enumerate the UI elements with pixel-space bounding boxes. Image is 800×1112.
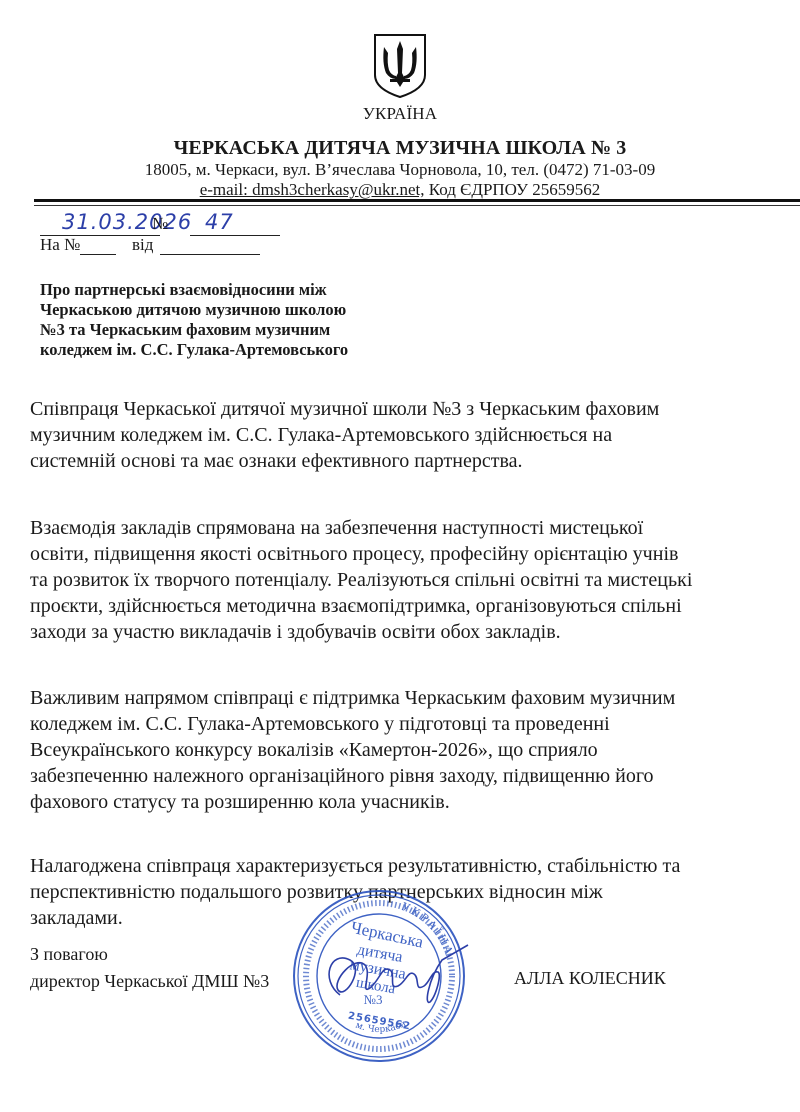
edrpou-code: Код ЄДРПОУ 25659562: [424, 180, 600, 199]
school-address: 18005, м. Черкаси, вул. В’ячеслава Чорно…: [0, 160, 800, 180]
text-line: Важливим напрямом співпраці є підтримка …: [30, 685, 770, 711]
number-label: №: [152, 214, 168, 234]
body-paragraph-2: Взаємодія закладів спрямована на забезпе…: [30, 515, 770, 645]
text-line: фахового статусу та розширенню кола учас…: [30, 789, 770, 815]
header-divider-thin: [34, 205, 800, 206]
letter-subject: Про партнерські взаємовідносини між Черк…: [40, 280, 400, 360]
coat-of-arms-icon: [372, 33, 428, 99]
text-line: проєкти, здійснюється методична взаємопі…: [30, 593, 770, 619]
header-divider-thick: [34, 199, 800, 202]
outgoing-date: 31.03.2026: [62, 210, 192, 234]
text-line: Взаємодія закладів спрямована на забезпе…: [30, 515, 770, 541]
text-line: коледжем ім. С.С. Гулака-Артемовського у…: [30, 711, 770, 737]
outgoing-number: 47: [205, 210, 234, 234]
text-line: системній основі та має ознаки ефективно…: [30, 448, 770, 474]
closing-block: З повагою директор Черкаської ДМШ №3: [30, 941, 269, 995]
subject-line: Про партнерські взаємовідносини між: [40, 280, 400, 300]
ref-number-blank: [80, 254, 116, 255]
text-line: Співпраця Черкаської дитячої музичної шк…: [30, 396, 770, 422]
ref-date-label: від: [132, 235, 153, 255]
text-line: музичним коледжем ім. С.С. Гулака-Артемо…: [30, 422, 770, 448]
text-line: Всеукраїнського конкурсу вокалізів «Каме…: [30, 737, 770, 763]
reference-row: На № від: [40, 235, 440, 259]
text-line: забезпеченню належного організаційного р…: [30, 763, 770, 789]
school-name: ЧЕРКАСЬКА ДИТЯЧА МУЗИЧНА ШКОЛА № 3: [0, 137, 800, 160]
text-line: освіти, підвищення якості освітнього про…: [30, 541, 770, 567]
text-line: заходи за участю викладачів і здобувачів…: [30, 619, 770, 645]
handwritten-signature: [310, 940, 470, 1010]
subject-line: №3 та Черкаським фаховим музичним: [40, 320, 400, 340]
registration-row: 31.03.2026 № 47: [40, 210, 440, 236]
ref-number-label: На №: [40, 235, 80, 255]
country-label: УКРАЇНА: [0, 104, 800, 124]
subject-line: коледжем ім. С.С. Гулака-Артемовського: [40, 340, 400, 360]
text-line: та розвиток їх творчого потенціалу. Реал…: [30, 567, 770, 593]
school-contacts: e-mail: dmsh3cherkasy@ukr.net, Код ЄДРПО…: [0, 180, 800, 200]
signer-name: АЛЛА КОЛЕСНИК: [514, 968, 666, 989]
body-paragraph-3: Важливим напрямом співпраці є підтримка …: [30, 685, 770, 815]
text-line: Налагоджена співпраця характеризується р…: [30, 853, 770, 879]
signer-position: директор Черкаської ДМШ №3: [30, 968, 269, 995]
email-link[interactable]: e-mail: dmsh3cherkasy@ukr.net,: [200, 180, 425, 199]
regards-text: З повагою: [30, 941, 269, 968]
ref-date-blank: [160, 254, 260, 255]
body-paragraph-1: Співпраця Черкаської дитячої музичної шк…: [30, 396, 770, 474]
subject-line: Черкаською дитячою музичною школою: [40, 300, 400, 320]
